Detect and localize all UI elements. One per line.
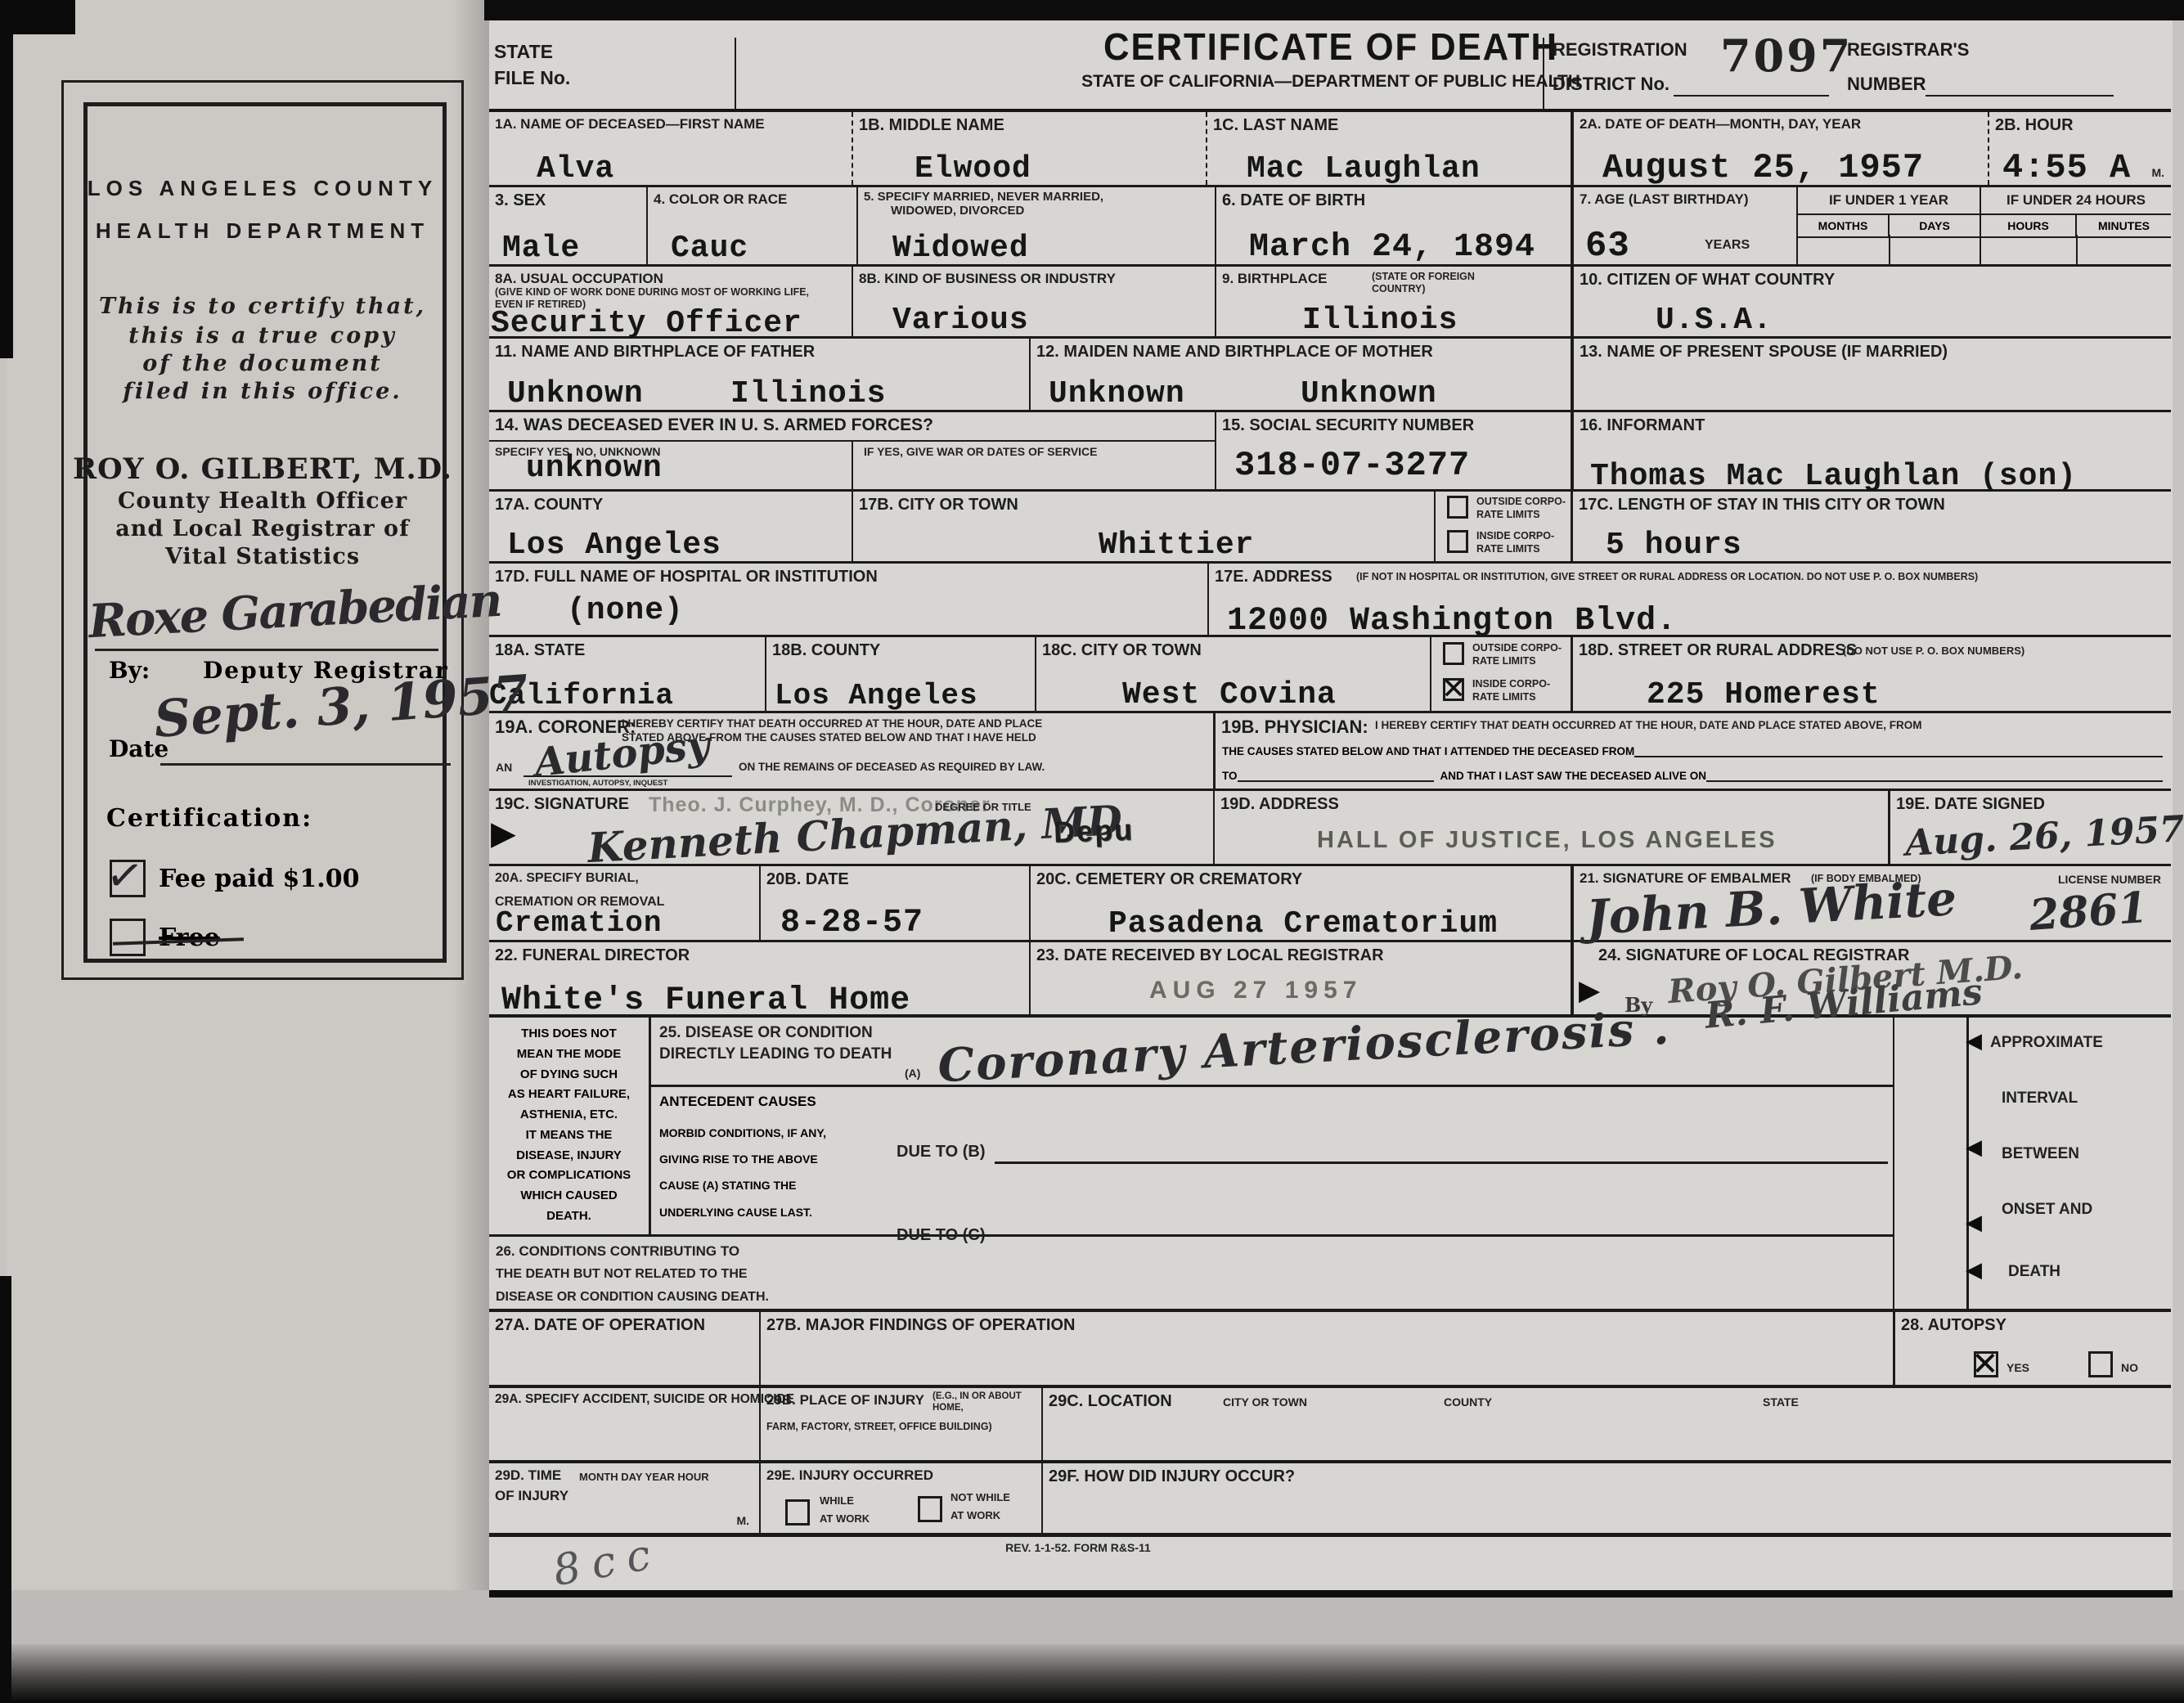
field-22-value: White's Funeral Home [501, 985, 910, 1018]
field-17e-label: 17E. ADDRESS [1215, 568, 1332, 586]
field-19d-label: 19D. ADDRESS [1220, 795, 1339, 813]
field-17a-value: Los Angeles [507, 530, 721, 561]
field-1b-label: 1B. MIDDLE NAME [859, 116, 1004, 134]
form-row-29abc: 29A. SPECIFY ACCIDENT, SUICIDE OR HOMICI… [489, 1388, 2171, 1463]
interval-column: ◀ APPROXIMATE ◀ INTERVAL BETWEEN ◀ ONSET… [1966, 1018, 2171, 1309]
field-17c-value: 5 hours [1606, 530, 1742, 561]
field-29e-label: 29E. INJURY OCCURRED [766, 1467, 933, 1483]
scanned-document-page: STATE FILE No. CERTIFICATE OF DEATH STAT… [0, 0, 2184, 1703]
field-27b: 27B. MAJOR FINDINGS OF OPERATION [759, 1312, 1893, 1385]
field-29c: 29C. LOCATION CITY OR TOWN COUNTY STATE [1041, 1388, 2171, 1460]
interval-spacer-column [1893, 1018, 1966, 1309]
stamp-officer-title-2: and Local Registrar of [64, 516, 461, 541]
under-24-hours-divider [2076, 235, 2078, 264]
field-2b-value: 4:55 A [2002, 151, 2131, 185]
field-9-sublabel: (STATE OR FOREIGN COUNTRY) [1372, 271, 1478, 295]
field-4: 4. COLOR OR RACE Cauc [646, 187, 856, 264]
field-18d-label: 18D. STREET OR RURAL ADDRESS [1579, 641, 1857, 659]
field-2a-value: August 25, 1957 [1602, 151, 1924, 185]
field-19a-sublabel: INVESTIGATION, AUTOPSY, INQUEST [528, 779, 667, 788]
field-23-label: 23. DATE RECEIVED BY LOCAL REGISTRAR [1036, 946, 1384, 964]
antecedent-label-block: ANTECEDENT CAUSES MORBID CONDITIONS, IF … [659, 1093, 826, 1220]
cause-of-death-section: THIS DOES NOT MEAN THE MODE OF DYING SUC… [489, 1018, 2171, 1312]
registration-underline [1674, 95, 1829, 97]
field-1c-value: Mac Laughlan [1247, 154, 1481, 185]
field-19b-blank-alive [1706, 769, 2163, 782]
field-1c-label: 1C. LAST NAME [1213, 116, 1338, 134]
field-17a-label: 17A. COUNTY [495, 496, 603, 514]
scan-artifact-left-strip-top [0, 0, 13, 358]
autopsy-yes-x-mark: ✕ [1971, 1348, 1999, 1381]
field-3-value: Male [502, 233, 580, 264]
handwritten-note-8cc: 8cc [550, 1532, 664, 1593]
field-19b-to: TO [1222, 770, 1238, 782]
while-label-2: AT WORK [820, 1512, 870, 1526]
field-1b-value: Elwood [914, 154, 1031, 185]
antecedent-line-4: CAUSE (A) STATING THE [659, 1178, 826, 1193]
cause-left-part: THIS DOES NOT MEAN THE MODE OF DYING SUC… [489, 1018, 1893, 1309]
field-29f: 29F. HOW DID INJURY OCCUR? [1041, 1463, 2171, 1533]
inside-limits-18-label-2: RATE LIMITS [1472, 691, 1536, 703]
field-6-value: March 24, 1894 [1249, 231, 1535, 264]
field-11-value-name: Unknown [507, 379, 644, 410]
field-19e-value-handwriting: Aug. 26, 1957 [1904, 811, 2184, 862]
cause-side-note: THIS DOES NOT MEAN THE MODE OF DYING SUC… [489, 1018, 651, 1234]
field-20b-label: 20B. DATE [766, 870, 849, 888]
field-19c-label: 19C. SIGNATURE [495, 795, 629, 813]
stamp-officer-name: ROY O. GILBERT, M.D. [64, 452, 461, 486]
field-19c-deputy-stamp: Depu [1053, 812, 1134, 849]
antecedent-line-5: UNDERLYING CAUSE LAST. [659, 1205, 826, 1220]
field-20c: 20C. CEMETERY OR CREMATORY Pasadena Crem… [1029, 866, 1571, 940]
registrar-underline [1926, 95, 2114, 97]
field-15-value: 318-07-3277 [1234, 448, 1470, 483]
side-note-line-8: OR COMPLICATIONS [489, 1166, 649, 1186]
due-to-b-line [995, 1162, 1888, 1164]
fee-paid-check-mark: ✓ [103, 847, 147, 904]
side-note-line-4: AS HEART FAILURE, [489, 1085, 649, 1105]
field-17c: 17C. LENGTH OF STAY IN THIS CITY OR TOWN… [1571, 492, 2171, 561]
field-8b: 8B. KIND OF BUSINESS OR INDUSTRY Various [852, 267, 1215, 336]
field-19b-label: 19B. PHYSICIAN: [1221, 717, 1368, 738]
field-5-label-2: WIDOWED, DIVORCED [891, 204, 1024, 218]
field-26: 26. CONDITIONS CONTRIBUTING TO THE DEATH… [489, 1237, 1893, 1309]
field-29a: 29A. SPECIFY ACCIDENT, SUICIDE OR HOMICI… [489, 1388, 759, 1460]
interval-arrow-1: ◀ [1966, 1031, 1982, 1052]
stamp-certification-label: Certification: [106, 804, 312, 833]
outside-limits-checkbox [1447, 496, 1468, 519]
death-certificate-form: 1A. NAME OF DECEASED—FIRST NAME Alva 1B.… [489, 109, 2171, 1537]
form-row-4: 11. NAME AND BIRTHPLACE OF FATHER Unknow… [489, 339, 2171, 412]
scan-artifact-left-strip-bottom [0, 1276, 11, 1703]
field-7-under-24-hours: IF UNDER 24 HOURS HOURS MINUTES [1980, 187, 2171, 264]
inside-limits-label-1: INSIDE CORPO- [1476, 530, 1554, 542]
field-11-label: 11. NAME AND BIRTHPLACE OF FATHER [495, 343, 815, 361]
field-8b-label: 8B. KIND OF BUSINESS OR INDUSTRY [859, 271, 1116, 286]
field-29c-label: 29C. LOCATION [1049, 1392, 1172, 1410]
side-note-line-5: ASTHENIA, ETC. [489, 1105, 649, 1126]
field-17d: 17D. FULL NAME OF HOSPITAL OR INSTITUTIO… [489, 564, 1207, 635]
months-label: MONTHS [1798, 215, 1888, 236]
field-22: 22. FUNERAL DIRECTOR White's Funeral Hom… [489, 942, 1029, 1014]
cause-upper: THIS DOES NOT MEAN THE MODE OF DYING SUC… [489, 1018, 1893, 1237]
field-17b: 17B. CITY OR TOWN Whittier [852, 492, 1434, 561]
field-19a-cert-3: ON THE REMAINS OF DECEASED AS REQUIRED B… [739, 761, 1045, 774]
field-12-value-birthplace: Unknown [1301, 379, 1437, 410]
field-19b-cert-1: I HEREBY CERTIFY THAT DEATH OCCURRED AT … [1375, 719, 1922, 732]
antecedent-line-2: MORBID CONDITIONS, IF ANY, [659, 1126, 826, 1140]
interval-label-2: INTERVAL [2002, 1090, 2078, 1108]
field-9-value: Illinois [1302, 305, 1458, 336]
side-note-line-1: THIS DOES NOT [489, 1024, 649, 1045]
field-18c: 18C. CITY OR TOWN West Covina [1035, 637, 1430, 711]
form-row-8: 18A. STATE California 18B. COUNTY Los An… [489, 637, 2171, 713]
autopsy-yes-label: YES [2006, 1361, 2029, 1375]
antecedent-line-3: GIVING RISE TO THE ABOVE [659, 1152, 826, 1166]
field-19b-cert-3: AND THAT I LAST SAW THE DECEASED ALIVE O… [1434, 770, 1707, 782]
not-while-label-1: NOT WHILE [950, 1491, 1010, 1504]
field-7-under-1-year: IF UNDER 1 YEAR MONTHS DAYS [1796, 187, 1980, 264]
field-11: 11. NAME AND BIRTHPLACE OF FATHER Unknow… [489, 339, 1029, 410]
autopsy-no-label: NO [2121, 1361, 2138, 1375]
side-note-line-10: DEATH. [489, 1206, 649, 1227]
field-2b-label: 2B. HOUR [1995, 116, 2074, 134]
field-4-label: 4. COLOR OR RACE [654, 191, 787, 207]
form-row-5: 14. WAS DECEASED EVER IN U. S. ARMED FOR… [489, 412, 2171, 492]
field-10: 10. CITIZEN OF WHAT COUNTRY U.S.A. [1571, 267, 2171, 336]
field-7-label: 7. AGE (LAST BIRTHDAY) [1580, 191, 1749, 207]
field-6: 6. DATE OF BIRTH March 24, 1894 [1215, 187, 1571, 264]
field-29d-label: 29D. TIME [495, 1467, 561, 1483]
field-1c: 1C. LAST NAME Mac Laughlan [1206, 112, 1571, 185]
stamp-certify-line-2: this is a true copy [64, 323, 461, 348]
header-divider-reg [1543, 38, 1544, 109]
side-note-line-3: OF DYING SUCH [489, 1065, 649, 1085]
free-checkbox [110, 919, 146, 956]
registrar-label-2: NUMBER [1847, 74, 1926, 95]
field-14-header: 14. WAS DECEASED EVER IN U. S. ARMED FOR… [489, 412, 1215, 442]
form-row-10: 19C. SIGNATURE Theo. J. Curphey, M. D., … [489, 791, 2171, 866]
side-note-line-9: WHICH CAUSED [489, 1186, 649, 1206]
field-2b: 2B. HOUR 4:55 A M. [1988, 112, 2171, 185]
inside-limits-18-label-1: INSIDE CORPO- [1472, 678, 1550, 690]
field-18b-value: Los Angeles [775, 681, 978, 711]
under-1-year-divider [1889, 235, 1890, 264]
field-17e-value: 12000 Washington Blvd. [1227, 605, 1677, 638]
field-8a-label: 8A. USUAL OCCUPATION [495, 271, 663, 286]
field-1a-value: Alva [537, 154, 614, 185]
outside-limits-label-2: RATE LIMITS [1476, 509, 1540, 521]
field-2a-label: 2A. DATE OF DEATH—MONTH, DAY, YEAR [1580, 116, 1861, 132]
stamp-date-underline [160, 763, 451, 766]
field-17b-label: 17B. CITY OR TOWN [859, 496, 1018, 514]
field-17b-value: Whittier [1099, 530, 1254, 561]
form-row-11: 20A. SPECIFY BURIAL, CREMATION OR REMOVA… [489, 866, 2171, 942]
field-29b-label: 29B. PLACE OF INJURY [766, 1392, 924, 1408]
field-17d-label: 17D. FULL NAME OF HOSPITAL OR INSTITUTIO… [495, 568, 878, 586]
field-7: 7. AGE (LAST BIRTHDAY) 63 YEARS [1571, 187, 1796, 264]
under-24-hours-header: IF UNDER 24 HOURS [1981, 187, 2171, 215]
field-14-divider [852, 440, 853, 489]
field-19d: 19D. ADDRESS HALL OF JUSTICE, LOS ANGELE… [1213, 791, 1888, 864]
field-21: 21. SIGNATURE OF EMBALMER (IF BODY EMBAL… [1571, 866, 2171, 940]
interval-label-4: ONSET AND [2002, 1201, 2092, 1220]
form-row-2: 3. SEX Male 4. COLOR OR RACE Cauc 5. SPE… [489, 187, 2171, 267]
field-7-years-label: YEARS [1705, 237, 1750, 253]
minutes-label: MINUTES [2075, 215, 2171, 236]
field-20a: 20A. SPECIFY BURIAL, CREMATION OR REMOVA… [489, 866, 759, 940]
interval-label-1: APPROXIMATE [1990, 1034, 2103, 1053]
field-13-label: 13. NAME OF PRESENT SPOUSE (IF MARRIED) [1580, 343, 1948, 361]
field-29b: 29B. PLACE OF INJURY (E.G., IN OR ABOUT … [759, 1388, 1041, 1460]
field-10-label: 10. CITIZEN OF WHAT COUNTRY [1580, 271, 1835, 289]
stamp-certify-line-1: This is to certify that, [64, 294, 461, 319]
field-14: 14. WAS DECEASED EVER IN U. S. ARMED FOR… [489, 412, 1215, 489]
field-5: 5. SPECIFY MARRIED, NEVER MARRIED, WIDOW… [856, 187, 1215, 264]
field-9-label: 9. BIRTHPLACE [1222, 271, 1327, 286]
field-19c: 19C. SIGNATURE Theo. J. Curphey, M. D., … [489, 791, 1213, 864]
form-row-6: 17A. COUNTY Los Angeles 17B. CITY OR TOW… [489, 492, 2171, 564]
side-note-line-6: IT MEANS THE [489, 1126, 649, 1146]
field-10-value: U.S.A. [1656, 305, 1773, 336]
field-2b-meridiem: M. [2151, 166, 2164, 180]
field-29c-state-label: STATE [1763, 1395, 1799, 1409]
field-17b-limits-checkboxes: OUTSIDE CORPO- RATE LIMITS INSIDE CORPO-… [1434, 492, 1571, 561]
cause-main: 25. DISEASE OR CONDITION DIRECTLY LEADIN… [651, 1018, 1893, 1234]
field-26-line-1: 26. CONDITIONS CONTRIBUTING TO [496, 1243, 739, 1260]
field-17c-label: 17C. LENGTH OF STAY IN THIS CITY OR TOWN [1579, 496, 1945, 514]
stamp-title-line-1: LOS ANGELES COUNTY [64, 176, 461, 201]
stamp-officer-title-1: County Health Officer [64, 488, 461, 514]
registration-district-number: 7097 [1720, 29, 1853, 82]
inside-limits-x-mark: ✕ [1441, 675, 1466, 704]
certification-stamp-box: LOS ANGELES COUNTY HEALTH DEPARTMENT Thi… [61, 80, 464, 980]
field-1b: 1B. MIDDLE NAME Elwood [852, 112, 1206, 185]
field-18a: 18A. STATE California [489, 637, 765, 711]
field-8a-value: Security Officer [491, 308, 802, 339]
field-19a: 19A. CORONER: I HEREBY CERTIFY THAT DEAT… [489, 713, 1213, 789]
field-19d-value: HALL OF JUSTICE, LOS ANGELES [1317, 827, 1777, 854]
field-29f-label: 29F. HOW DID INJURY OCCUR? [1049, 1467, 1295, 1485]
field-27a-label: 27A. DATE OF OPERATION [495, 1316, 705, 1334]
interval-label-3: BETWEEN [2002, 1145, 2079, 1164]
while-at-work-checkbox [785, 1499, 810, 1526]
field-20b: 20B. DATE 8-28-57 [759, 866, 1029, 940]
field-14-sublabel-2: IF YES, GIVE WAR OR DATES OF SERVICE [864, 445, 1098, 459]
free-label: Free [159, 923, 220, 952]
while-label-1: WHILE [820, 1494, 854, 1508]
form-row-7: 17D. FULL NAME OF HOSPITAL OR INSTITUTIO… [489, 564, 2171, 637]
cause-a-row: 25. DISEASE OR CONDITION DIRECTLY LEADIN… [651, 1018, 1893, 1087]
field-27a: 27A. DATE OF OPERATION [489, 1312, 759, 1385]
field-3: 3. SEX Male [489, 187, 646, 264]
interval-arrow-4: ◀ [1966, 1260, 1982, 1281]
field-17e: 17E. ADDRESS (IF NOT IN HOSPITAL OR INST… [1207, 564, 2171, 635]
form-row-3: 8A. USUAL OCCUPATION (GIVE KIND OF WORK … [489, 267, 2171, 339]
field-26-line-3: DISEASE OR CONDITION CAUSING DEATH. [496, 1289, 769, 1305]
stamp-certify-line-3: of the document [64, 351, 461, 376]
field-19b-line-3: TO AND THAT I LAST SAW THE DECEASED ALIV… [1222, 769, 2163, 782]
field-24-pointer-icon: ▶ [1579, 977, 1600, 1004]
field-18c-value: West Covina [1122, 680, 1337, 711]
field-1a: 1A. NAME OF DECEASED—FIRST NAME Alva [489, 112, 852, 185]
not-while-at-work-checkbox [918, 1496, 942, 1522]
form-row-12: 22. FUNERAL DIRECTOR White's Funeral Hom… [489, 942, 2171, 1018]
field-18b: 18B. COUNTY Los Angeles [765, 637, 1035, 711]
field-20c-value: Pasadena Crematorium [1108, 909, 1498, 940]
field-12-label: 12. MAIDEN NAME AND BIRTHPLACE OF MOTHER [1036, 343, 1433, 361]
field-25-a-label: (A) [905, 1067, 920, 1081]
field-4-value: Cauc [671, 233, 748, 264]
field-25-label-2: DIRECTLY LEADING TO DEATH [659, 1045, 892, 1064]
bottom-shadow-band [0, 1644, 2184, 1703]
field-18-limits-checkboxes: OUTSIDE CORPO- RATE LIMITS ✕ INSIDE CORP… [1430, 637, 1571, 711]
registration-label-1: REGISTRATION [1553, 39, 1687, 61]
field-16-label: 16. INFORMANT [1580, 416, 1705, 434]
stamp-officer-title-3: Vital Statistics [64, 544, 461, 569]
field-22-label: 22. FUNERAL DIRECTOR [495, 946, 690, 964]
field-29d-m-label: M. [736, 1514, 749, 1528]
field-8a: 8A. USUAL OCCUPATION (GIVE KIND OF WORK … [489, 267, 852, 336]
side-note-line-2: MEAN THE MODE [489, 1045, 649, 1065]
outside-limits-18-label-1: OUTSIDE CORPO- [1472, 642, 1562, 654]
field-29d-label-2: OF INJURY [495, 1488, 568, 1503]
field-29e: 29E. INJURY OCCURRED WHILE AT WORK NOT W… [759, 1463, 1041, 1533]
fee-paid-label: Fee paid $1.00 [159, 865, 359, 893]
interval-arrow-2: ◀ [1966, 1137, 1982, 1158]
field-19b-blank-from [1634, 744, 2163, 757]
stamp-by-label: By: [109, 657, 150, 684]
interval-label-5: DEATH [2008, 1263, 2060, 1282]
field-12: 12. MAIDEN NAME AND BIRTHPLACE OF MOTHER… [1029, 339, 1571, 410]
field-2a: 2A. DATE OF DEATH—MONTH, DAY, YEAR Augus… [1571, 112, 1988, 185]
field-18c-label: 18C. CITY OR TOWN [1042, 641, 1202, 659]
field-29a-label: 29A. SPECIFY ACCIDENT, SUICIDE OR HOMICI… [495, 1392, 794, 1406]
outside-limits-18-label-2: RATE LIMITS [1472, 655, 1536, 667]
field-29c-city-label: CITY OR TOWN [1223, 1395, 1307, 1409]
form-row-29def: 29D. TIME MONTH DAY YEAR HOUR OF INJURY … [489, 1463, 2171, 1537]
outside-limits-label-1: OUTSIDE CORPO- [1476, 496, 1566, 508]
field-16: 16. INFORMANT Thomas Mac Laughlan (son) [1571, 412, 2171, 489]
under-1-year-header: IF UNDER 1 YEAR [1798, 187, 1980, 215]
field-19e-label: 19E. DATE SIGNED [1896, 795, 2045, 813]
field-5-label-1: 5. SPECIFY MARRIED, NEVER MARRIED, [864, 190, 1103, 204]
field-19b-blank-to [1238, 769, 1434, 782]
stamp-title-line-2: HEALTH DEPARTMENT [64, 218, 461, 244]
field-29d: 29D. TIME MONTH DAY YEAR HOUR OF INJURY … [489, 1463, 759, 1533]
form-revision-note: REV. 1-1-52. FORM R&S-11 [947, 1541, 1209, 1554]
field-28-label: 28. AUTOPSY [1901, 1316, 2006, 1334]
field-18a-label: 18A. STATE [495, 641, 585, 659]
field-23-date-stamp: AUG 27 1957 [1149, 977, 1362, 1004]
field-23: 23. DATE RECEIVED BY LOCAL REGISTRAR AUG… [1029, 942, 1571, 1014]
due-to-b-label: DUE TO (B) [897, 1142, 986, 1162]
hours-label: HOURS [1981, 215, 2075, 236]
field-17d-value: (none) [567, 595, 684, 627]
field-19a-an: AN [496, 761, 512, 775]
field-19b: 19B. PHYSICIAN: I HEREBY CERTIFY THAT DE… [1213, 713, 2171, 789]
field-16-value: Thomas Mac Laughlan (son) [1590, 461, 2077, 492]
field-29b-sublabel-2: FARM, FACTORY, STREET, OFFICE BUILDING) [766, 1421, 992, 1433]
field-27b-label: 27B. MAJOR FINDINGS OF OPERATION [766, 1316, 1075, 1334]
field-15: 15. SOCIAL SECURITY NUMBER 318-07-3277 [1215, 412, 1571, 489]
field-29b-sublabel-1: (E.G., IN OR ABOUT HOME, [932, 1391, 1031, 1414]
field-20c-label: 20C. CEMETERY OR CREMATORY [1036, 870, 1302, 888]
field-20b-value: 8-28-57 [780, 907, 923, 940]
field-26-line-2: THE DEATH BUT NOT RELATED TO THE [496, 1266, 748, 1282]
registrar-label-1: REGISTRAR'S [1847, 39, 1969, 61]
field-20a-label-1: 20A. SPECIFY BURIAL, [495, 870, 639, 886]
not-while-label-2: AT WORK [950, 1509, 1000, 1522]
field-19b-cert-2: THE CAUSES STATED BELOW AND THAT I ATTEN… [1222, 745, 1634, 757]
form-row-9: 19A. CORONER: I HEREBY CERTIFY THAT DEAT… [489, 713, 2171, 791]
interval-arrow-3: ◀ [1966, 1212, 1982, 1233]
field-12-value-name: Unknown [1049, 379, 1185, 410]
field-25-cause-handwriting: Coronary Arteriosclerosis . [937, 1005, 1671, 1090]
field-19e: 19E. DATE SIGNED Aug. 26, 1957 [1888, 791, 2171, 864]
registration-label-2: DISTRICT No. [1553, 74, 1669, 95]
field-21-license-number: 2861 [2029, 887, 2150, 937]
inside-limits-checkbox [1447, 530, 1468, 553]
field-18d-value: 225 Homerest [1647, 680, 1881, 711]
field-20a-value: Cremation [496, 909, 662, 938]
form-row-27: 27A. DATE OF OPERATION 27B. MAJOR FINDIN… [489, 1312, 2171, 1388]
field-18d: 18D. STREET OR RURAL ADDRESS (DO NOT USE… [1571, 637, 2171, 711]
field-6-label: 6. DATE OF BIRTH [1222, 191, 1365, 209]
side-note-line-7: DISEASE, INJURY [489, 1146, 649, 1166]
field-25-label-1: 25. DISEASE OR CONDITION [659, 1024, 873, 1043]
certificate-paper: STATE FILE No. CERTIFICATE OF DEATH STAT… [489, 5, 2173, 1597]
field-28: 28. AUTOPSY ✕ YES NO [1893, 1312, 2171, 1385]
scan-artifact-top-band [484, 0, 2184, 20]
field-11-value-birthplace: Illinois [730, 379, 886, 410]
field-1a-label: 1A. NAME OF DECEASED—FIRST NAME [495, 116, 765, 132]
field-8b-value: Various [892, 305, 1029, 336]
field-18b-label: 18B. COUNTY [772, 641, 880, 659]
field-15-label: 15. SOCIAL SECURITY NUMBER [1222, 416, 1474, 434]
field-14-value: unknown [526, 453, 663, 484]
field-17a: 17A. COUNTY Los Angeles [489, 492, 852, 561]
field-13: 13. NAME OF PRESENT SPOUSE (IF MARRIED) [1571, 339, 2171, 410]
field-19b-line-2: THE CAUSES STATED BELOW AND THAT I ATTEN… [1222, 744, 2163, 757]
field-29d-sublabel: MONTH DAY YEAR HOUR [579, 1471, 709, 1484]
field-19c-pointer-icon: ▶ [491, 817, 516, 850]
stamp-signature-underline [95, 649, 438, 651]
days-label: DAYS [1888, 215, 1980, 236]
inside-limits-label-2: RATE LIMITS [1476, 543, 1540, 555]
field-9: 9. BIRTHPLACE (STATE OR FOREIGN COUNTRY)… [1215, 267, 1571, 336]
field-18d-sublabel: (DO NOT USE P. O. BOX NUMBERS) [1843, 645, 2024, 658]
field-29c-county-label: COUNTY [1444, 1395, 1492, 1409]
form-row-1: 1A. NAME OF DECEASED—FIRST NAME Alva 1B.… [489, 112, 2171, 187]
autopsy-no-checkbox [2088, 1351, 2113, 1377]
field-3-label: 3. SEX [495, 191, 546, 209]
stamp-certify-line-4: filed in this office. [64, 379, 461, 404]
field-17e-sublabel: (IF NOT IN HOSPITAL OR INSTITUTION, GIVE… [1356, 571, 1978, 583]
antecedent-line-1: ANTECEDENT CAUSES [659, 1093, 826, 1111]
field-7-value: 63 [1585, 228, 1630, 264]
field-5-value: Widowed [892, 233, 1029, 264]
outside-limits-checkbox-18 [1443, 642, 1464, 665]
